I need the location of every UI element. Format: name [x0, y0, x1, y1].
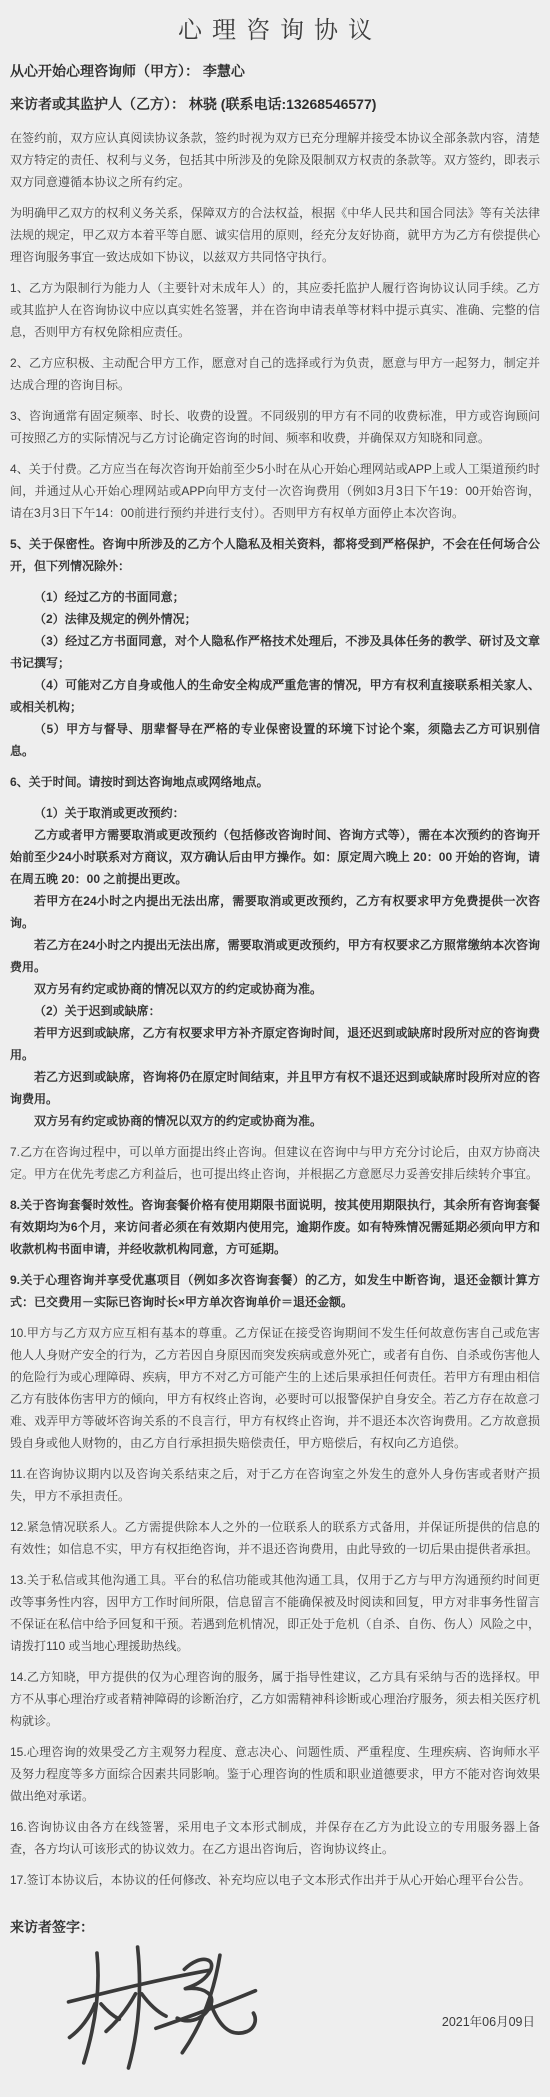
paragraph: 5、关于保密性。咨询中所涉及的乙方个人隐私及相关资料，都将受到严格保护，不会在任…: [10, 533, 540, 577]
paragraph: （1）经过乙方的书面同意；: [10, 586, 540, 608]
paragraph: 双方另有约定或协商的情况以双方的约定或协商为准。: [10, 1110, 540, 1132]
paragraph: 3、咨询通常有固定频率、时长、收费的设置。不同级别的甲方有不同的收费标准，甲方或…: [10, 405, 540, 449]
agreement-document: 心理咨询协议 从心开始心理咨询师（甲方）： 李慧心 来访者或其监护人（乙方）： …: [0, 10, 550, 2071]
paragraph: 14.乙方知晓，甲方提供的仅为心理咨询的服务，属于指导性建议，乙方具有采纳与否的…: [10, 1666, 540, 1732]
paragraph: （2）关于迟到或缺席：: [10, 1000, 540, 1022]
paragraph: 若乙方迟到或缺席，咨询将仍在原定时间结束，并且甲方有权不退还迟到或缺席时段所对应…: [10, 1066, 540, 1110]
paragraph: 若甲方迟到或缺席，乙方有权要求甲方补齐原定咨询时间，退还迟到或缺席时段所对应的咨…: [10, 1022, 540, 1066]
signature-image: [56, 1945, 270, 2071]
visitor-signature-label: 来访者签字：: [10, 1917, 540, 1937]
paragraph: 6、关于时间。请按时到达咨询地点或网络地点。: [10, 771, 540, 793]
paragraph: 4、关于付费。乙方应当在每次咨询开始前至少5小时在从心开始心理网站或APP上或人…: [10, 458, 540, 524]
signature-date: 2021年06月09日: [442, 2012, 535, 2030]
paragraph: 15.心理咨询的效果受乙方主观努力程度、意志决心、问题性质、严重程度、生理疾病、…: [10, 1741, 540, 1807]
paragraph: 为明确甲乙双方的权利义务关系，保障双方的合法权益，根据《中华人民共和国合同法》等…: [10, 202, 540, 268]
paragraph: 13.关于私信或其他沟通工具。平台的私信功能或其他沟通工具，仅用于乙方与甲方沟通…: [10, 1569, 540, 1657]
paragraph: 2、乙方应积极、主动配合甲方工作，愿意对自己的选择或行为负责，愿意与甲方一起努力…: [10, 352, 540, 396]
paragraph: 10.甲方与乙方双方应互相有基本的尊重。乙方保证在接受咨询期间不发生任何故意伤害…: [10, 1322, 540, 1454]
paragraph: 若乙方在24小时之内提出无法出席，需要取消或更改预约，甲方有权要求乙方照常缴纳本…: [10, 934, 540, 978]
paragraph: 12.紧急情况联系人。乙方需提供除本人之外的一位联系人的联系方式备用，并保证所提…: [10, 1516, 540, 1560]
paragraph: （4）可能对乙方自身或他人的生命安全构成严重危害的情况，甲方有权利直接联系相关家…: [10, 674, 540, 718]
agreement-body: 在签约前，双方应认真阅读协议条款，签约时视为双方已充分理解并接受本协议全部条款内…: [10, 127, 540, 1891]
paragraph: 乙方或者甲方需要取消或更改预约（包括修改咨询时间、咨询方式等），需在本次预约的咨…: [10, 824, 540, 890]
paragraph: （1）关于取消或更改预约：: [10, 802, 540, 824]
paragraph: 17.签订本协议后，本协议的任何修改、补充均应以电子文本形式作出并于从心开始心理…: [10, 1869, 540, 1891]
paragraph: 7.乙方在咨询过程中，可以单方面提出终止咨询。但建议在咨询中与甲方充分讨论后，由…: [10, 1141, 540, 1185]
paragraph: 8.关于咨询套餐时效性。咨询套餐价格有使用期限书面说明，按其使用期限执行，其余所…: [10, 1194, 540, 1260]
paragraph: 9.关于心理咨询并享受优惠项目（例如多次咨询套餐）的乙方，如发生中断咨询，退还金…: [10, 1269, 540, 1313]
paragraph: （3）经过乙方书面同意，对个人隐私作严格技术处理后，不涉及具体任务的教学、研讨及…: [10, 630, 540, 674]
party-b-line: 来访者或其监护人（乙方）： 林骁 (联系电话:13268546577): [10, 94, 540, 114]
paragraph: 若甲方在24小时之内提出无法出席，需要取消或更改预约，乙方有权要求甲方免费提供一…: [10, 890, 540, 934]
paragraph: 在签约前，双方应认真阅读协议条款，签约时视为双方已充分理解并接受本协议全部条款内…: [10, 127, 540, 193]
paragraph: （2）法律及规定的例外情况；: [10, 608, 540, 630]
paragraph: 16.咨询协议由各方在线签署，采用电子文本形式制成，并保存在乙方为此设立的专用服…: [10, 1816, 540, 1860]
paragraph: （5）甲方与督导、朋辈督导在严格的专业保密设置的环境下讨论个案，须隐去乙方可识别…: [10, 718, 540, 762]
paragraph: 11.在咨询协议期内以及咨询关系结束之后，对于乙方在咨询室之外发生的意外人身伤害…: [10, 1463, 540, 1507]
paragraph: 双方另有约定或协商的情况以双方的约定或协商为准。: [10, 978, 540, 1000]
paragraph: 1、乙方为限制行为能力人（主要针对未成年人）的，其应委托监护人履行咨询协议认同手…: [10, 277, 540, 343]
page-title: 心理咨询协议: [10, 10, 540, 45]
party-a-line: 从心开始心理咨询师（甲方）： 李慧心: [10, 61, 540, 81]
